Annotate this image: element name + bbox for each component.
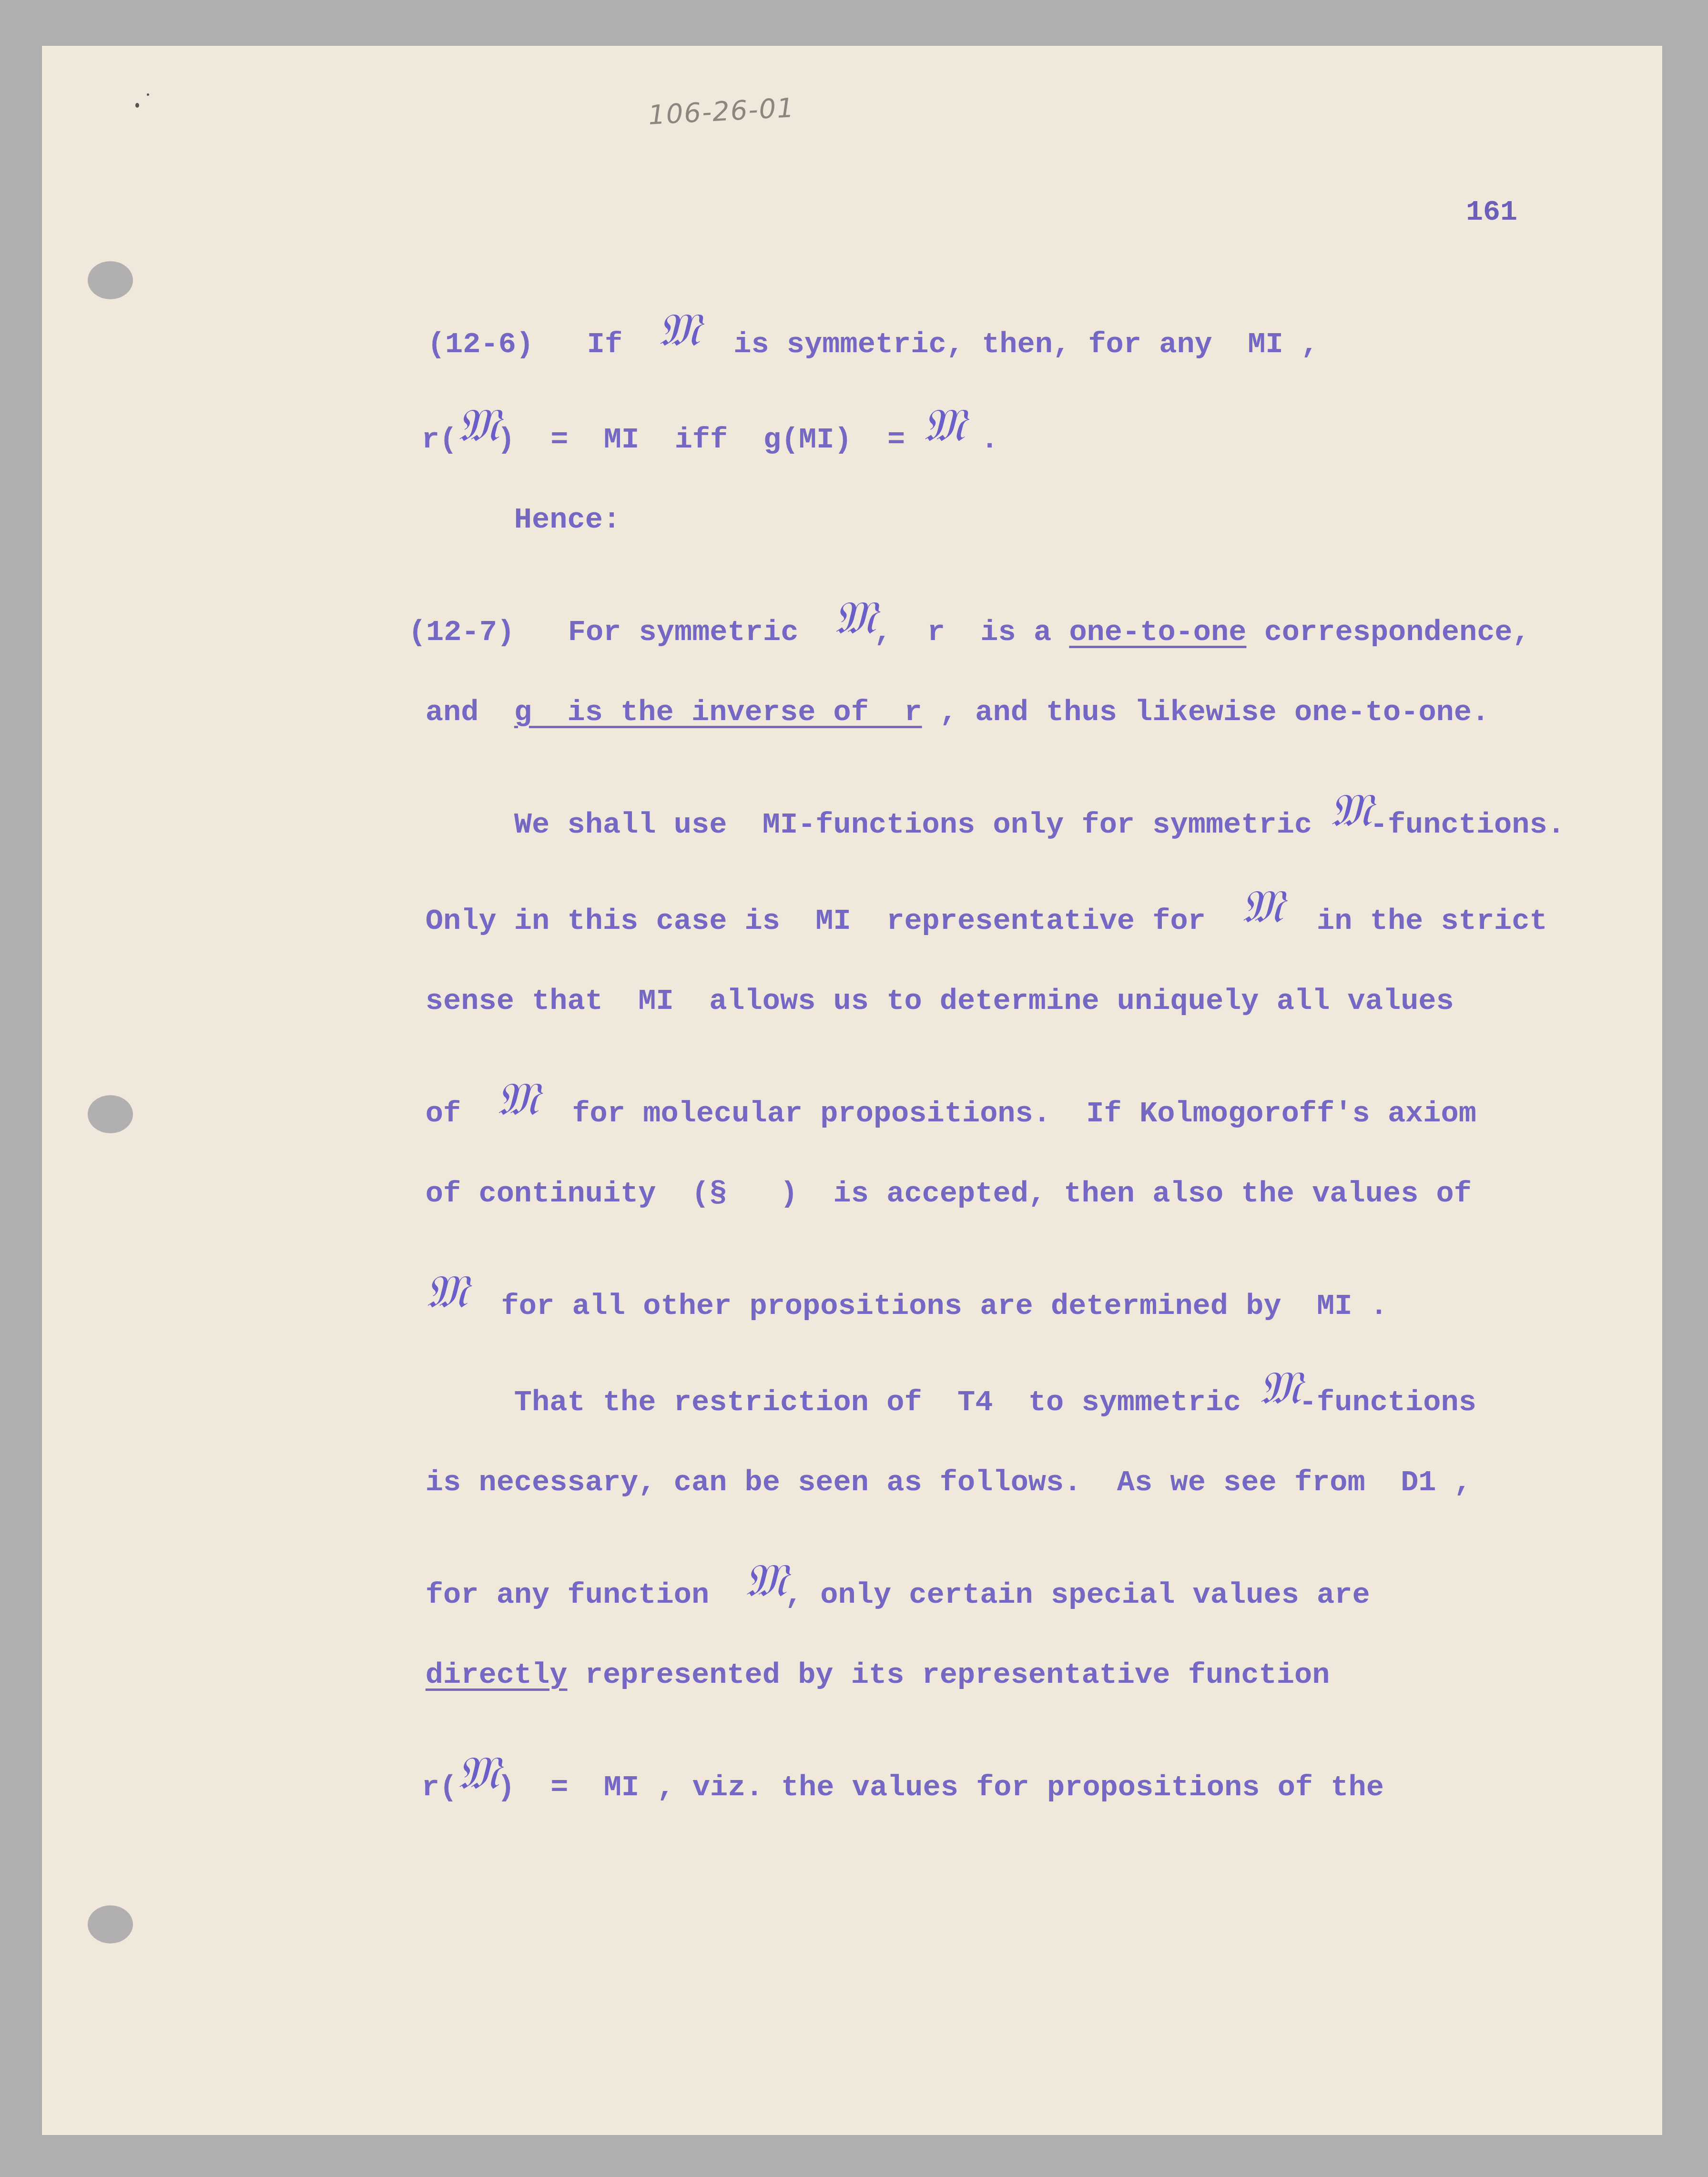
script-m-symbol: 𝔐 xyxy=(426,1265,466,1318)
text-line: r(𝔐) = MI , viz. the values for proposit… xyxy=(351,1727,1384,1832)
punch-hole-middle xyxy=(88,1095,133,1133)
script-m-symbol: 𝔐 xyxy=(923,398,963,452)
text-line: for any function 𝔐, only certain special… xyxy=(355,1535,1370,1639)
paper-speck xyxy=(135,103,139,108)
text-line: 𝔐 for all other propositions are determi… xyxy=(355,1246,1388,1351)
script-m-symbol: 𝔐 xyxy=(658,303,698,356)
text-line: Only in this case is MI representative f… xyxy=(355,861,1547,966)
underlined-text: directly xyxy=(426,1658,568,1692)
script-m-symbol: 𝔐 xyxy=(1330,783,1370,837)
punch-hole-top xyxy=(88,261,133,299)
script-m-symbol: 𝔐 xyxy=(1241,880,1281,933)
script-m-symbol: 𝔐 xyxy=(834,591,874,644)
text-line: of 𝔐 for molecular propositions. If Kolm… xyxy=(355,1053,1476,1158)
script-m-symbol: 𝔐 xyxy=(457,398,497,452)
punch-hole-bottom xyxy=(88,1905,133,1943)
script-m-symbol: 𝔐 xyxy=(1259,1361,1299,1414)
archive-id-handwritten: 106-26-01 xyxy=(648,92,796,131)
script-m-symbol: 𝔐 xyxy=(457,1746,497,1800)
text-line: is necessary, can be seen as follows. As… xyxy=(355,1438,1472,1527)
text-line: That the restriction of T4 to symmetric … xyxy=(355,1342,1476,1447)
text-line: of continuity (§ ) is accepted, then als… xyxy=(355,1150,1472,1238)
script-m-symbol: 𝔐 xyxy=(745,1554,785,1607)
text-line: sense that MI allows us to determine uni… xyxy=(355,957,1454,1046)
underlined-text: g is the inverse of r xyxy=(514,695,922,729)
document-page: 106-26-01 161 (12-6) If 𝔐 is symmetric, … xyxy=(42,46,1662,2135)
text-line: (12-7) For symmetric 𝔐, r is a one-to-on… xyxy=(337,572,1530,677)
script-m-symbol: 𝔐 xyxy=(497,1072,537,1126)
text-line: Hence: xyxy=(355,476,620,564)
text-line: r(𝔐) = MI iff g(MI) = 𝔐 . xyxy=(351,379,998,484)
underlined-text: one-to-one xyxy=(1069,615,1246,649)
text-line: (12-6) If 𝔐 is symmetric, then, for any … xyxy=(356,284,1319,389)
text-line: directly represented by its representati… xyxy=(355,1631,1330,1719)
page-number: 161 xyxy=(1466,196,1517,229)
paper-speck xyxy=(147,93,149,96)
text-line: and g is the inverse of r , and thus lik… xyxy=(355,668,1489,757)
text-line: We shall use MI-functions only for symme… xyxy=(355,764,1565,869)
